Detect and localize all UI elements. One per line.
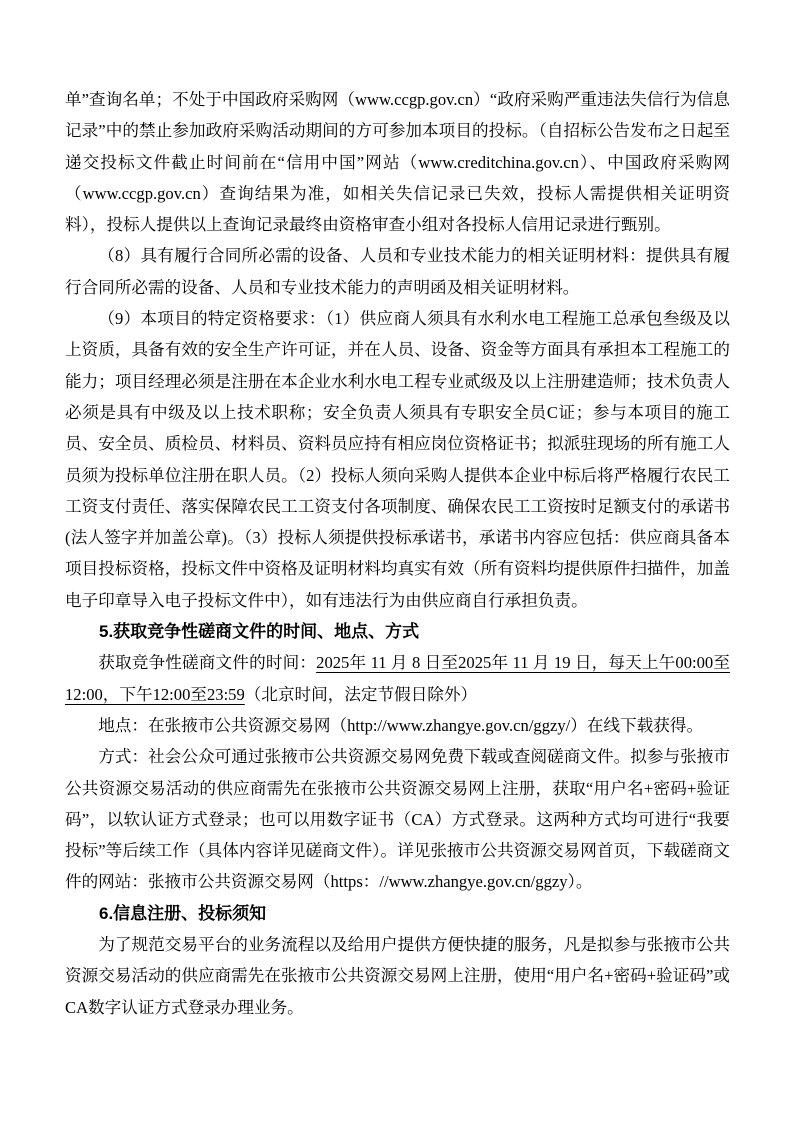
file-time-note: （北京时间，法定节假日除外） <box>245 685 477 704</box>
paragraph-item-9: （9）本项目的特定资格要求：（1）供应商人须具有水利水电工程施工总承包叁级及以上… <box>65 303 730 616</box>
document-page: 单”查询名单；不处于中国政府采购网（www.ccgp.gov.cn）“政府采购严… <box>0 0 794 1123</box>
heading-section-5: 5.获取竞争性磋商文件的时间、地点、方式 <box>65 616 730 647</box>
paragraph-registration: 为了规范交易平台的业务流程以及给用户提供方便快捷的服务，凡是拟参与张掖市公共资源… <box>65 929 730 1023</box>
heading-section-6: 6.信息注册、投标须知 <box>65 898 730 929</box>
paragraph-location: 地点：在张掖市公共资源交易网（http://www.zhangye.gov.cn… <box>65 710 730 741</box>
file-time-label: 获取竞争性磋商文件的时间： <box>98 653 316 672</box>
paragraph-item-8: （8）具有履行合同所必需的设备、人员和专业技术能力的相关证明材料：提供具有履行合… <box>65 240 730 303</box>
paragraph-file-time: 获取竞争性磋商文件的时间：2025年 11 月 8 日至2025年 11 月 1… <box>65 647 730 710</box>
paragraph-method: 方式：社会公众可通过张掖市公共资源交易网免费下载或查阅磋商文件。拟参与张掖市公共… <box>65 741 730 897</box>
paragraph-credit-check: 单”查询名单；不处于中国政府采购网（www.ccgp.gov.cn）“政府采购严… <box>65 84 730 240</box>
